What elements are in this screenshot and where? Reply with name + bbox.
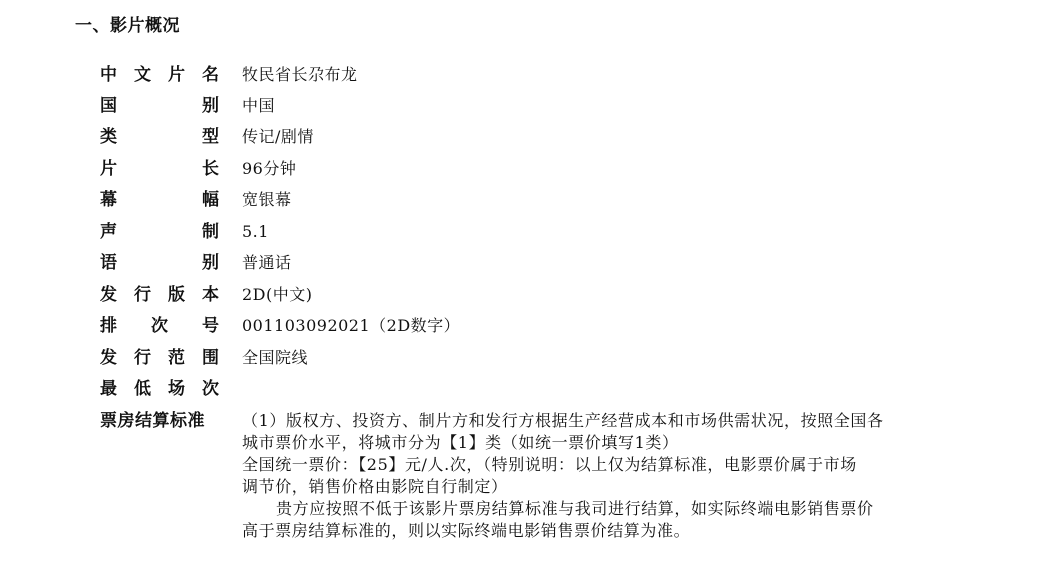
row-label: 语 别: [100, 248, 219, 278]
info-row-box-office-settlement: 票房结算标准 （1）版权方、投资方、制片方和发行方根据生产经营成本和市场供需状况…: [100, 406, 1000, 566]
settlement-paragraph: （1）版权方、投资方、制片方和发行方根据生产经营成本和市场供需状况，按照全国各 …: [242, 410, 984, 542]
info-row-release-scope: 发 行 范 围 全国院线: [100, 343, 1000, 373]
row-label: 发 行 范 围: [100, 343, 219, 373]
info-row-duration: 片 长 96分钟: [100, 154, 1000, 184]
info-row-schedule-number: 排 次 号 001103092021（2D数字）: [100, 311, 1000, 341]
row-label: 声 制: [100, 217, 219, 247]
row-value: 5.1: [242, 217, 269, 247]
row-label: 类 型: [100, 122, 219, 152]
info-row-language: 语 别 普通话: [100, 248, 1000, 278]
row-value: 普通话: [242, 248, 292, 278]
row-label: 中 文 片 名: [100, 60, 219, 90]
row-value: 96分钟: [242, 154, 296, 184]
info-row-genre: 类 型 传记/剧情: [100, 122, 1000, 152]
info-row-screen-format: 幕 幅 宽银幕: [100, 185, 1000, 215]
section-heading: 一、影片概况: [75, 11, 180, 36]
row-label: 最 低 场 次: [100, 374, 219, 404]
row-label: 片 长: [100, 154, 219, 184]
row-value: 001103092021（2D数字）: [242, 311, 460, 341]
settlement-line: 城市票价水平，将城市分为【1】类（如统一票价填写1类）: [242, 432, 984, 454]
settlement-line: （1）版权方、投资方、制片方和发行方根据生产经营成本和市场供需状况，按照全国各: [242, 410, 984, 432]
row-label: 幕 幅: [100, 185, 219, 215]
row-value: 牧民省长尕布龙: [242, 60, 358, 90]
row-value: 中国: [242, 91, 275, 121]
row-value: 全国院线: [242, 343, 308, 373]
row-label: 票房结算标准: [100, 406, 219, 436]
info-row-country: 国 别 中国: [100, 91, 1000, 121]
row-value: 宽银幕: [242, 185, 292, 215]
info-row-minimum-screenings: 最 低 场 次: [100, 374, 1000, 404]
row-value: 2D(中文): [242, 280, 313, 310]
info-row-release-version: 发 行 版 本 2D(中文): [100, 280, 1000, 310]
row-label: 排 次 号: [100, 311, 219, 341]
info-row-title: 中 文 片 名 牧民省长尕布龙: [100, 60, 1000, 90]
settlement-line: 全国统一票价：【25】元/人.次，（特别说明：以上仅为结算标准，电影票价属于市场: [242, 454, 984, 476]
row-label: 国 别: [100, 91, 219, 121]
settlement-line: 贵方应按照不低于该影片票房结算标准与我司进行结算，如实际终端电影销售票价: [242, 498, 984, 520]
info-row-audio: 声 制 5.1: [100, 217, 1000, 247]
row-label: 发 行 版 本: [100, 280, 219, 310]
row-value: 传记/剧情: [242, 122, 314, 152]
settlement-line: 高于票房结算标准的，则以实际终端电影销售票价结算为准。: [242, 520, 984, 542]
settlement-line: 调节价，销售价格由影院自行制定）: [242, 476, 984, 498]
